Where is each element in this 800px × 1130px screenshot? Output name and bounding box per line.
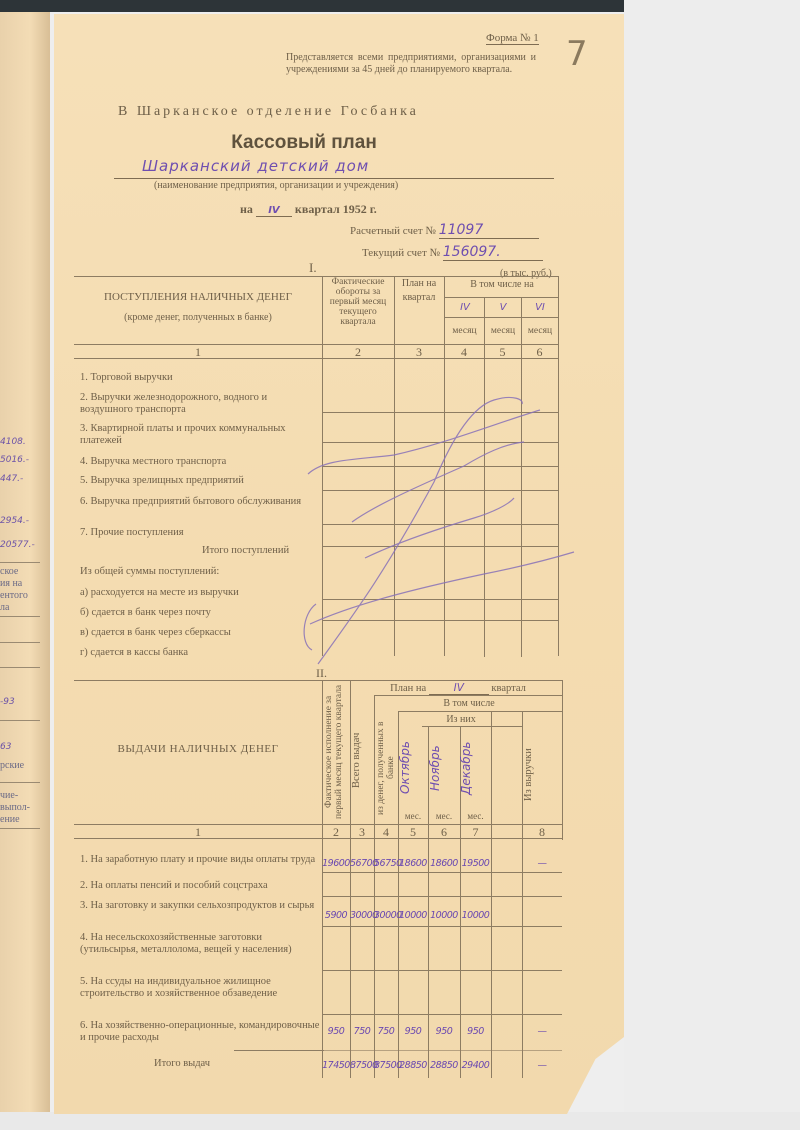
- value-cell: 30000: [374, 910, 398, 921]
- value-cell: 950: [460, 1026, 491, 1037]
- under-print-fragment: ское: [0, 566, 18, 577]
- plan-header: План на IV квартал: [354, 683, 562, 695]
- scan-backdrop-right: [624, 0, 800, 1130]
- from-bank-money-header: из денег, полученных в банке: [376, 714, 398, 822]
- value-cell: 950: [428, 1026, 460, 1037]
- value-cell: 10000: [398, 910, 428, 921]
- document-title: Кассовый план: [54, 132, 554, 154]
- disbursement-row: 1. На заработную плату и прочие виды опл…: [80, 854, 320, 866]
- under-ink-fragment: 5016.-: [0, 455, 29, 465]
- receipt-row: 1. Торговой выручки: [80, 372, 320, 384]
- value-cell: 750: [350, 1026, 374, 1037]
- total-disbursements-header: Всего выдач: [352, 698, 374, 822]
- under-print-fragment: чие-: [0, 790, 18, 801]
- total-value-cell: 87500: [350, 1060, 374, 1071]
- under-ink-fragment: -93: [0, 697, 15, 707]
- under-print-fragment: выпол-: [0, 802, 30, 813]
- form-number: Форма № 1: [486, 32, 539, 45]
- under-print-fragment: ия на: [0, 578, 22, 589]
- receipts-column-title: ПОСТУПЛЕНИЯ НАЛИЧНЫХ ДЕНЕГ: [78, 292, 318, 303]
- total-value-cell: 29400: [460, 1060, 491, 1071]
- current-account: Текущий счет № 156097.: [362, 244, 543, 261]
- corner-mark: 7: [566, 34, 588, 74]
- actual-turnover-header: Фактические обороты за первый месяц теку…: [324, 277, 392, 327]
- section-2-number: II.: [316, 666, 327, 681]
- disbursement-row: 4. На несельскохозяйственные заготовки (…: [80, 932, 320, 956]
- under-print-fragment: ла: [0, 602, 9, 613]
- receipts-column-subtitle: (кроме денег, полученных в банке): [78, 312, 318, 323]
- receipts-breakdown-title: Из общей суммы поступлений:: [80, 566, 320, 578]
- under-ink-fragment: 2954.-: [0, 516, 29, 526]
- month-v: V: [485, 302, 521, 313]
- value-cell: 950: [322, 1026, 350, 1037]
- current-account-value: 156097.: [443, 244, 543, 261]
- bank-branch: В Шарканское отделение Госбанка: [118, 104, 419, 120]
- quarter-line: на IV квартал 1952 г.: [240, 202, 377, 217]
- value-cell: 56700: [350, 858, 374, 869]
- under-print-fragment: ентого: [0, 590, 28, 601]
- receipt-row: 6. Выручка предприятий бытового обслужив…: [80, 496, 320, 508]
- disbursement-row: 3. На заготовку и закупки сельхозпродукт…: [80, 900, 320, 912]
- value-cell: 5900: [322, 910, 350, 921]
- value-cell: 750: [374, 1026, 398, 1037]
- organization-field: Шарканский детский дом: [114, 157, 554, 179]
- under-print-fragment: рские: [0, 760, 24, 771]
- units-note: (в тыс. руб.): [500, 268, 552, 279]
- value-cell: —: [522, 1026, 562, 1037]
- total-value-cell: 28850: [398, 1060, 428, 1071]
- month-november: Ноябрь: [430, 728, 460, 808]
- receipts-total-label: Итого поступлений: [202, 545, 322, 557]
- month-december: Декабрь: [461, 728, 491, 808]
- breakdown-row: в) сдается в банк через сберкассы: [80, 627, 320, 639]
- total-value-cell: 17450: [322, 1060, 350, 1071]
- receipt-row: 4. Выручка местного транспорта: [80, 456, 320, 468]
- cash-plan-form: Форма № 1 Представляется всеми предприят…: [54, 14, 624, 1114]
- breakdown-row: а) расходуется на месте из выручки: [80, 587, 320, 599]
- value-cell: 10000: [428, 910, 460, 921]
- organization-name: Шарканский детский дом: [142, 157, 369, 175]
- month-october: Октябрь: [400, 728, 428, 808]
- value-cell: —: [522, 858, 562, 869]
- breakdown-row: б) сдается в банк через почту: [80, 607, 320, 619]
- disbursement-row: 2. На оплаты пенсий и пособий соцстраха: [80, 880, 320, 892]
- value-cell: 56750: [374, 858, 398, 869]
- actual-execution-header: Фактическое исполнение за первый месяц т…: [324, 682, 350, 822]
- scan-backdrop-bottom: [0, 1112, 800, 1130]
- value-cell: 18600: [428, 858, 460, 869]
- value-cell: 950: [398, 1026, 428, 1037]
- under-ink-fragment: 4108.: [0, 437, 26, 447]
- disbursements-total-label: Итого выдач: [154, 1058, 322, 1070]
- month-iv: IV: [446, 302, 484, 313]
- from-revenue-header: Из выручки: [524, 728, 562, 822]
- value-cell: 30000: [350, 910, 374, 921]
- under-ink-fragment: 20577.-: [0, 540, 35, 550]
- disbursements-column-title: ВЫДАЧИ НАЛИЧНЫХ ДЕНЕГ: [78, 744, 318, 755]
- receipt-row: 7. Прочие поступления: [80, 527, 320, 539]
- total-value-cell: 87500: [374, 1060, 398, 1071]
- breakdown-row: г) сдается в кассы банка: [80, 647, 320, 659]
- receipt-row: 3. Квартирной платы и прочих коммунальны…: [80, 423, 320, 447]
- including-header: В том числе на: [446, 279, 558, 290]
- value-cell: 10000: [460, 910, 491, 921]
- under-ink-fragment: 447.-: [0, 474, 23, 484]
- section-1-number: I.: [309, 260, 317, 276]
- of-them-header: Из них: [400, 714, 522, 725]
- under-print-fragment: ение: [0, 814, 20, 825]
- underlying-page: 4108. 5016.- 447.- 2954.- 20577.- ское и…: [0, 12, 50, 1112]
- plan-quarter-value: IV: [429, 683, 489, 695]
- settlement-account-value: 11097: [439, 222, 539, 239]
- disbursement-row: 6. На хозяйственно-операционные, команди…: [80, 1020, 320, 1044]
- settlement-account: Расчетный счет № 11097: [350, 222, 539, 239]
- month-vi: VI: [522, 302, 558, 313]
- receipt-row: 2. Выручки железнодорожного, водного и в…: [80, 392, 320, 416]
- value-cell: 19500: [460, 858, 491, 869]
- organization-caption: (наименование предприятия, организации и…: [154, 180, 398, 191]
- value-cell: 19600: [322, 858, 350, 869]
- quarter-value: IV: [256, 205, 292, 217]
- submission-note: Представляется всеми предприятиями, орга…: [286, 52, 536, 76]
- in-total-header: В том числе: [376, 698, 562, 709]
- under-ink-fragment: 63: [0, 742, 11, 752]
- quarter-plan-header: План на квартал: [397, 277, 441, 305]
- total-value-cell: 28850: [428, 1060, 460, 1071]
- receipt-row: 5. Выручка зрелищных предприятий: [80, 475, 320, 487]
- value-cell: 18600: [398, 858, 428, 869]
- total-value-cell: —: [522, 1060, 562, 1071]
- disbursement-row: 5. На ссуды на индивидуальное жилищное с…: [80, 976, 320, 1000]
